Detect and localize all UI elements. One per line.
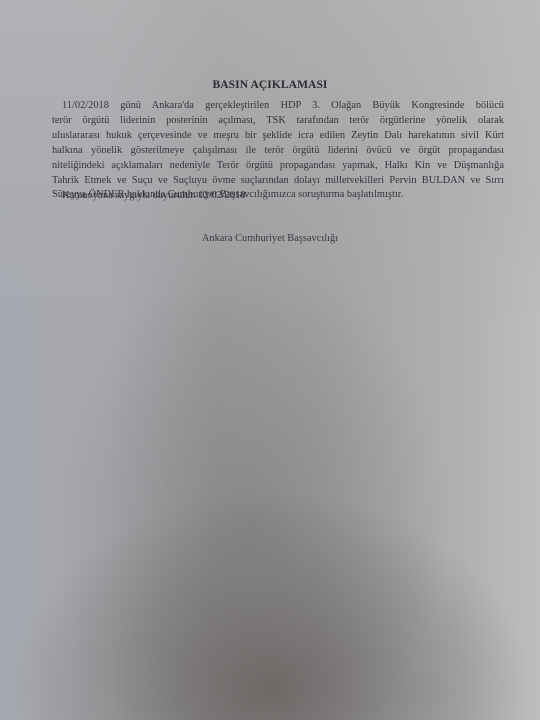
body-line: Tahrik Etmek ve Suçu ve Suçluyu övme suç… (52, 174, 504, 189)
closing-statement: Kamuoyuna saygıyla duyurulur. 12/02/2018 (62, 190, 246, 201)
body-line: halkına yönelik gösterilmeye çalışılması… (52, 144, 504, 159)
body-line: niteliğindeki açıklamaları nedeniyle Ter… (52, 159, 504, 174)
body-line: terör örgütü liderinin posterinin açılma… (52, 114, 504, 129)
body-line: 11/02/2018 günü Ankara'da gerçekleştiril… (52, 99, 504, 114)
document-title: BASIN AÇIKLAMASI (0, 79, 540, 91)
signature-authority: Ankara Cumhuriyet Başsavcılığı (0, 233, 540, 244)
body-line: uluslararası hukuk çerçevesinde ve meşru… (52, 129, 504, 144)
document-body: 11/02/2018 günü Ankara'da gerçekleştiril… (52, 99, 504, 203)
press-release-document: BASIN AÇIKLAMASI 11/02/2018 günü Ankara'… (0, 0, 540, 720)
